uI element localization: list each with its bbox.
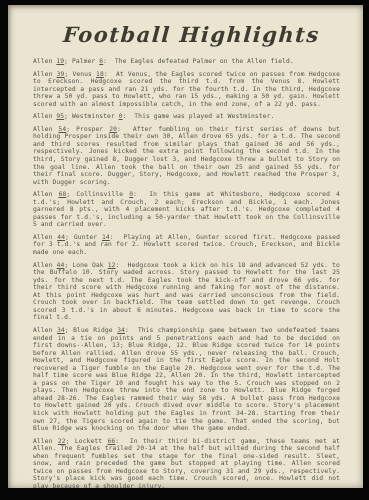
team1-name: Allen [33, 234, 52, 241]
team2-name: Gunter [74, 234, 97, 241]
team2-name: Lone Oak [72, 262, 103, 269]
team1-score: 95 [56, 113, 64, 120]
team2-name: Lockett [75, 438, 102, 445]
team1-score: 44 [57, 234, 65, 241]
team1-name: Allen [33, 262, 52, 269]
game-paragraph: Allen 19; Palmer 6: The Eagles defeated … [33, 58, 340, 66]
page-title: Football Highlights [42, 22, 341, 47]
game-score-header: Allen 68; Collinsville 0: [33, 191, 149, 198]
game-score-header: Allen 39; Venus 18: [33, 71, 116, 78]
team2-name: Palmer [72, 58, 95, 65]
team1-name: Allen [33, 327, 52, 334]
game-summary-text: This game was played at Westminster. [134, 113, 274, 120]
yearbook-page: Football Highlights Allen 19; Palmer 6: … [8, 5, 363, 488]
team2-name: Westminster [72, 113, 115, 120]
game-paragraph: Allen 22; Lockett 66: In their third bi-… [33, 438, 340, 488]
team2-score: 12 [108, 262, 116, 269]
game-summary-text: In their third bi-district game, these t… [33, 438, 340, 488]
team1-score: 34 [57, 327, 65, 334]
game-score-header: Allen 44; Gunter 14: [33, 234, 123, 241]
team1-name: Allen [33, 58, 52, 65]
game-paragraph: Allen 54; Prosper 20: After fumbling on … [33, 126, 340, 186]
team2-score: 34 [117, 327, 125, 334]
team1-score: 19 [56, 58, 64, 65]
game-paragraph: Allen 68; Collinsville 0: In this game a… [33, 191, 340, 229]
game-paragraph: Allen 34; Blue Ridge 34: This championsh… [33, 327, 340, 433]
team1-name: Allen [33, 113, 52, 120]
game-paragraph: Allen 44; Lone Oak 12: Hedgcoxe took a k… [33, 262, 340, 322]
team1-name: Allen [33, 126, 52, 133]
team1-name: Allen [33, 438, 52, 445]
game-summary-text: This championship game between two undef… [33, 327, 340, 432]
game-score-header: Allen 22; Lockett 66: [33, 438, 130, 445]
game-score-header: Allen 95; Westminster 0: [33, 113, 134, 120]
game-score-header: Allen 19; Palmer 6: [33, 58, 115, 65]
team2-name: Collinsville [76, 191, 123, 198]
game-paragraph: Allen 95; Westminster 0: This game was p… [33, 113, 340, 121]
game-paragraph: Allen 44; Gunter 14: Playing at Allen, G… [33, 234, 340, 257]
team2-name: Venus [72, 71, 91, 78]
game-score-header: Allen 54; Prosper 20: [33, 126, 133, 133]
team2-score: 20 [109, 126, 117, 133]
game-summary-text: Hedgcoxe took a kick on his 18 and advan… [33, 262, 340, 322]
game-score-header: Allen 34; Blue Ridge 34: [33, 327, 138, 334]
game-summary-text: After fumbling on their first series of … [33, 126, 340, 186]
team1-name: Allen [33, 71, 52, 78]
game-summary-text: The Eagles defeated Palmer on the Allen … [115, 58, 294, 65]
team2-score: 14 [102, 234, 110, 241]
team1-score: 22 [58, 438, 66, 445]
team1-name: Allen [33, 191, 52, 198]
team2-name: Prosper [76, 126, 103, 133]
game-score-header: Allen 44; Lone Oak 12: [33, 262, 128, 269]
team2-name: Blue Ridge [73, 327, 113, 334]
team2-score: 18 [96, 71, 104, 78]
scan-border: Football Highlights Allen 19; Palmer 6: … [0, 0, 369, 500]
game-paragraph: Allen 39; Venus 18: At Venus, the Eagles… [33, 71, 340, 109]
